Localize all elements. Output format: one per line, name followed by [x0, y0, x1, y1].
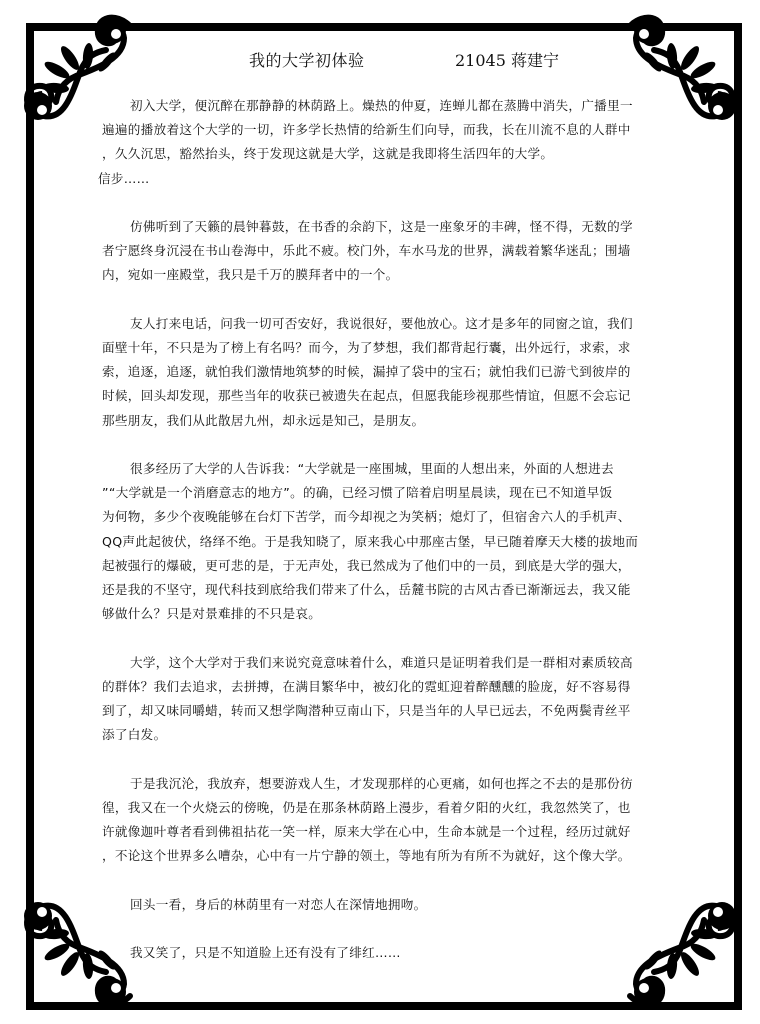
text-line: 还是我的不坚守，现代科技到底给我们带来了什么，岳麓书院的古风古香已渐渐远去，我又…: [102, 578, 676, 602]
text-line: 到了，却又味同嚼蜡，转而又想学陶潜种豆南山下，只是当年的人早已远去，不免两鬓青丝…: [102, 699, 676, 723]
text-line: ，久久沉思，豁然抬头，终于发现这就是大学，这就是我即将生活四年的大学。: [102, 142, 676, 166]
text-line: ，不论这个世界多么嘈杂，心中有一片宁静的领土，等地有所为有所不为就好，这个像大学…: [102, 844, 676, 868]
paragraph-4: 很多经历了大学的人告诉我：“大学就是一座围城，里面的人想出来，外面的人想进去 ”…: [102, 457, 676, 626]
text-line: 初入大学，便沉醉在那静静的林荫路上。燥热的仲夏，连蝉儿都在蒸腾中消失，广播里一: [102, 94, 676, 118]
text-line: 仿佛听到了天籁的晨钟暮鼓，在书香的余韵下，这是一座象牙的丰碑，怪不得，无数的学: [102, 215, 676, 239]
text-line: 面壁十年，不只是为了榜上有名吗？而今，为了梦想，我们都背起行囊，出外远行，求索，…: [102, 336, 676, 360]
text-line: 遍遍的播放着这个大学的一切，许多学长热情的给新生们向导，而我，长在川流不息的人群…: [102, 118, 676, 142]
paragraph-5: 大学，这个大学对于我们来说究竟意味着什么，难道只是证明着我们是一群相对素质较高 …: [102, 651, 676, 748]
text-line: 许就像迦叶尊者看到佛祖拈花一笑一样，原来大学在心中，生命本就是一个过程，经历过就…: [102, 820, 676, 844]
text-line: 内，宛如一座殿堂，我只是千万的膜拜者中的一个。: [102, 263, 676, 287]
document-body: 初入大学，便沉醉在那静静的林荫路上。燥热的仲夏，连蝉儿都在蒸腾中消失，广播里一 …: [102, 94, 676, 989]
paragraph-1: 初入大学，便沉醉在那静静的林荫路上。燥热的仲夏，连蝉儿都在蒸腾中消失，广播里一 …: [102, 94, 676, 191]
document-title: 我的大学初体验: [249, 48, 365, 71]
text-line: 友人打来电话，问我一切可否安好，我说很好，要他放心。这才是多年的同窗之谊，我们: [102, 312, 676, 336]
text-line: 索，追逐，追逐，就怕我们激情地筑梦的时候，漏掉了袋中的宝石；就怕我们已游弋到彼岸…: [102, 360, 676, 384]
text-line: 于是我沉沦，我放弃，想要游戏人生，才发现那样的心更痛，如何也挥之不去的是那份彷: [102, 772, 676, 796]
paragraph-6: 于是我沉沦，我放弃，想要游戏人生，才发现那样的心更痛，如何也挥之不去的是那份彷 …: [102, 772, 676, 869]
text-line: QQ声此起彼伏，络绎不绝。于是我知晓了，原来我心中那座古堡，早已随着摩天大楼的拔…: [102, 530, 676, 554]
text-line: 起被强行的爆破，更可悲的是，于无声处，我已然成为了他们中的一员，到底是大学的强大…: [102, 554, 676, 578]
text-line: 大学，这个大学对于我们来说究竟意味着什么，难道只是证明着我们是一群相对素质较高: [102, 651, 676, 675]
text-line: 我又笑了，只是不知道脸上还有没有了绯红……: [102, 941, 676, 965]
paragraph-2: 仿佛听到了天籁的晨钟暮鼓，在书香的余韵下，这是一座象牙的丰碑，怪不得，无数的学 …: [102, 215, 676, 288]
text-line: 时候，回头却发现，那些当年的收获已被遗失在起点，但愿我能珍视那些情谊，但愿不会忘…: [102, 384, 676, 408]
paragraph-3: 友人打来电话，问我一切可否安好，我说很好，要他放心。这才是多年的同窗之谊，我们 …: [102, 312, 676, 433]
paragraph-7: 回头一看，身后的林荫里有一对恋人在深情地拥吻。: [102, 893, 676, 917]
document-header: 我的大学初体验 21045 蒋建宁: [0, 48, 760, 72]
text-line: 徨，我又在一个火烧云的傍晚，仍是在那条林荫路上漫步，看着夕阳的火红，我忽然笑了，…: [102, 796, 676, 820]
text-line: ”“大学就是一个消磨意志的地方”。的确，已经习惯了陪着启明星晨读，现在已不知道早…: [102, 481, 676, 505]
text-line: 的群体？我们去追求，去拼搏，在满目繁华中，被幻化的霓虹迎着醉醺醺的脸庞，好不容易…: [102, 675, 676, 699]
document-author: 21045 蒋建宁: [455, 48, 559, 71]
text-line: 添了白发。: [102, 723, 676, 747]
text-line: 为何物，多少个夜晚能够在台灯下苦学，而今却视之为笑柄；熄灯了，但宿舍六人的手机声…: [102, 505, 676, 529]
text-line: 够做什么？只是对景难排的不只是哀。: [102, 602, 676, 626]
paragraph-8: 我又笑了，只是不知道脸上还有没有了绯红……: [102, 941, 676, 965]
text-line: 很多经历了大学的人告诉我：“大学就是一座围城，里面的人想出来，外面的人想进去: [102, 457, 676, 481]
text-line: 者宁愿终身沉浸在书山卷海中，乐此不疲。校门外，车水马龙的世界，满载着繁华迷乱；围…: [102, 239, 676, 263]
text-line: 那些朋友，我们从此散居九州，却永远是知己，是朋友。: [102, 409, 676, 433]
text-line: 信步……: [98, 167, 676, 191]
text-line: 回头一看，身后的林荫里有一对恋人在深情地拥吻。: [102, 893, 676, 917]
